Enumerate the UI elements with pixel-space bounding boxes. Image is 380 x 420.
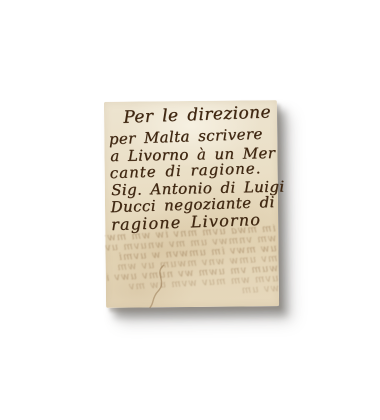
handwriting-line: Per le direzione bbox=[123, 104, 276, 127]
manuscript-letter: Per le direzione per Malta scrivere a Li… bbox=[104, 100, 279, 308]
ink-flourish-icon bbox=[144, 263, 174, 309]
ink-bleedthrough: im mwa uvm mnv iw wm mwvi wm vnmwv um mv… bbox=[105, 224, 280, 305]
photo-canvas: Per le direzione per Malta scrivere a Li… bbox=[0, 0, 380, 420]
handwriting-text: Per le direzione per Malta scrivere a Li… bbox=[108, 106, 278, 233]
